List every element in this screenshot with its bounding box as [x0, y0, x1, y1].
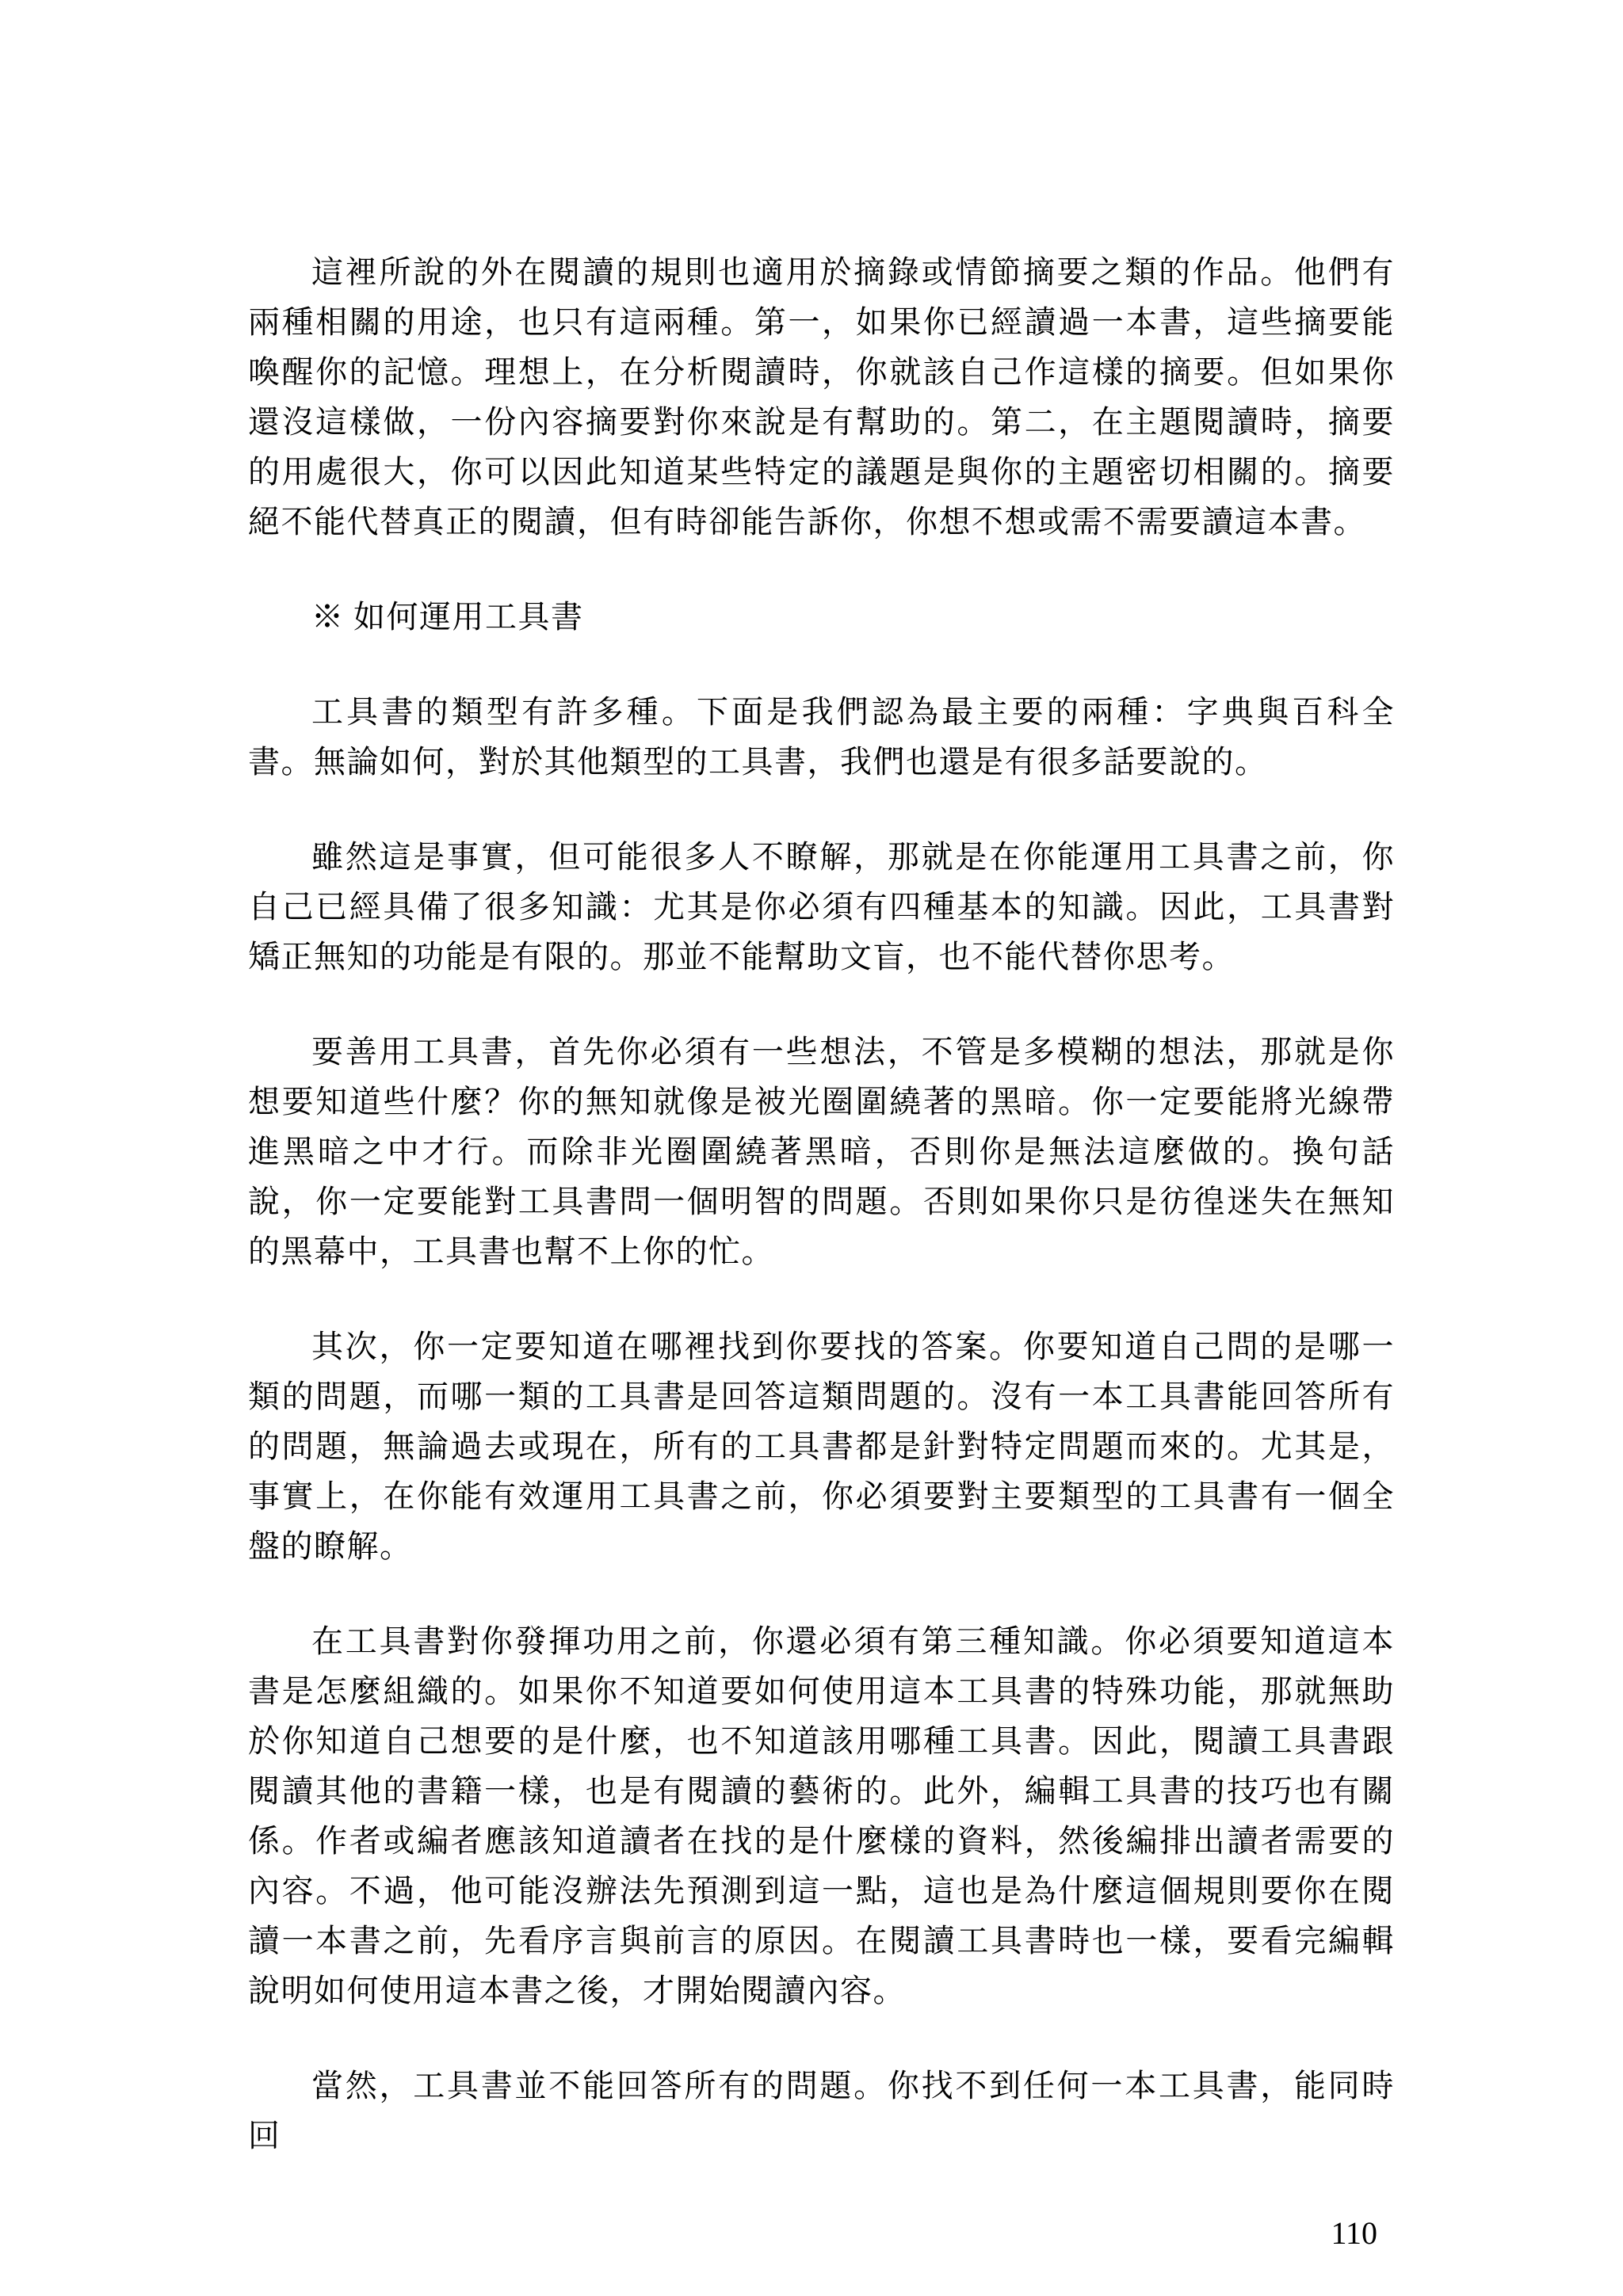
page-number: 110 — [248, 2218, 1395, 2249]
paragraph-2: 工具書的類型有許多種。下面是我們認為最主要的兩種：字典與百科全書。無論如何，對於… — [248, 687, 1395, 787]
paragraph-6: 在工具書對你發揮功用之前，你還必須有第三種知識。你必須要知道這本書是怎麼組織的。… — [248, 1616, 1395, 2016]
section-heading: ※ 如何運用工具書 — [248, 592, 1395, 642]
paragraph-1: 這裡所說的外在閱讀的規則也適用於摘錄或情節摘要之類的作品。他們有兩種相關的用途，… — [248, 247, 1395, 547]
paragraph-3: 雖然這是事實，但可能很多人不瞭解，那就是在你能運用工具書之前，你自己已經具備了很… — [248, 832, 1395, 982]
paragraph-4: 要善用工具書，首先你必須有一些想法，不管是多模糊的想法，那就是你想要知道些什麼？… — [248, 1027, 1395, 1276]
paragraph-5: 其次，你一定要知道在哪裡找到你要找的答案。你要知道自己問的是哪一類的問題，而哪一… — [248, 1322, 1395, 1571]
document-page: 這裡所說的外在閱讀的規則也適用於摘錄或情節摘要之類的作品。他們有兩種相關的用途，… — [0, 0, 1623, 2296]
paragraph-7: 當然，工具書並不能回答所有的問題。你找不到任何一本工具書，能同時回 — [248, 2061, 1395, 2161]
